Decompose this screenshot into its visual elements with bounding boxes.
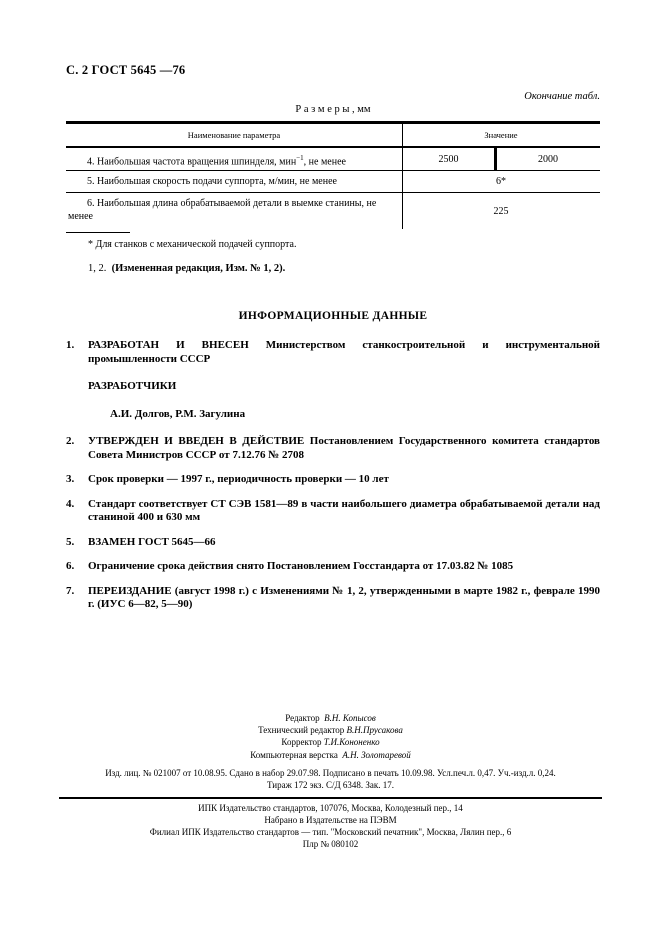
editor-line: Редактор В.Н. Копысов — [0, 712, 661, 724]
developers-names: А.И. Долгов, Р.М. Загулина — [66, 408, 600, 422]
editor-line: Технический редактор В.Н.Прусакова — [0, 724, 661, 736]
page-content: С. 2 ГОСТ 5645 —76 Окончание табл. Р а з… — [0, 0, 661, 612]
row6-value: 225 — [403, 193, 599, 229]
column-header-parameter: Наименование параметра — [66, 124, 403, 146]
publisher-line: Филиал ИПК Издательство стандартов — тип… — [0, 826, 661, 838]
amendment-prefix: 1, 2. — [88, 263, 106, 274]
section-title: ИНФОРМАЦИОННЫЕ ДАННЫЕ — [66, 310, 600, 322]
row4-value-2: 2000 — [497, 148, 599, 170]
editor-name: В.Н.Прусакова — [347, 725, 403, 735]
table-units-title: Р а з м е р ы , мм — [66, 104, 600, 115]
page-title: С. 2 ГОСТ 5645 —76 — [66, 63, 600, 78]
imprint-divider-rule — [59, 797, 602, 799]
row4-label: 4. Наибольшая частота вращения шпинделя,… — [66, 148, 403, 170]
info-item-4: 4.Стандарт соответствует СТ СЭВ 1581—89 … — [66, 498, 600, 525]
info-section: 1.РАЗРАБОТАН И ВНЕСЕН Министерством стан… — [66, 339, 600, 612]
license-line: Изд. лиц. № 021007 от 10.08.95. Сдано в … — [0, 768, 661, 780]
footnote-rule — [66, 232, 130, 233]
table-row: 4. Наибольшая частота вращения шпинделя,… — [66, 148, 600, 171]
editor-name: В.Н. Копысов — [324, 713, 376, 723]
publisher-line: Плр № 080102 — [0, 838, 661, 850]
print-run-line: Тираж 172 экз. С/Д 6348. Зак. 17. — [0, 779, 661, 792]
publisher-line: ИПК Издательство стандартов, 107076, Мос… — [0, 802, 661, 814]
column-header-value: Значение — [403, 124, 599, 146]
amendment-note: 1, 2. (Измененная редакция, Изм. № 1, 2)… — [66, 263, 600, 274]
superscript-exponent: −1 — [296, 154, 303, 162]
table-footnote: * Для станков с механической подачей суп… — [66, 239, 600, 250]
publisher-line: Набрано в Издательстве на ПЭВМ — [0, 814, 661, 826]
row6-label: 6. Наибольшая длина обрабатываемой детал… — [66, 193, 403, 229]
table-row: 5. Наибольшая скорость подачи суппорта, … — [66, 171, 600, 193]
table-row: 6. Наибольшая длина обрабатываемой детал… — [66, 193, 600, 229]
document-page: С. 2 ГОСТ 5645 —76 Окончание табл. Р а з… — [0, 0, 661, 936]
parameters-table: Наименование параметра Значение 4. Наибо… — [66, 121, 600, 229]
row5-label: 5. Наибольшая скорость подачи суппорта, … — [66, 171, 403, 192]
info-item-1: 1.РАЗРАБОТАН И ВНЕСЕН Министерством стан… — [66, 339, 600, 366]
editor-line: Корректор Т.И.Кононенко — [0, 736, 661, 748]
info-item-7: 7.ПЕРЕИЗДАНИЕ (август 1998 г.) с Изменен… — [66, 585, 600, 612]
row4-value-1: 2500 — [403, 148, 497, 170]
editor-name: Т.И.Кононенко — [324, 737, 380, 747]
developers-heading: РАЗРАБОТЧИКИ — [66, 380, 600, 394]
row5-value: 6* — [403, 171, 599, 192]
table-header-row: Наименование параметра Значение — [66, 124, 600, 148]
info-item-6: 6.Ограничение срока действия снято Поста… — [66, 560, 600, 574]
row4-values: 2500 2000 — [403, 148, 599, 170]
info-item-5: 5.ВЗАМЕН ГОСТ 5645—66 — [66, 536, 600, 550]
info-item-3: 3.Срок проверки — 1997 г., периодичность… — [66, 473, 600, 487]
editor-line: Компьютерная верстка А.Н. Золотаревой — [0, 749, 661, 761]
imprint-block: Редактор В.Н. Копысов Технический редакт… — [0, 712, 661, 850]
editor-name: А.Н. Золотаревой — [342, 750, 410, 760]
table-continuation-note: Окончание табл. — [66, 91, 600, 102]
amendment-text: (Измененная редакция, Изм. № 1, 2). — [112, 263, 286, 274]
info-item-2: 2.УТВЕРЖДЕН И ВВЕДЕН В ДЕЙСТВИЕ Постанов… — [66, 435, 600, 462]
